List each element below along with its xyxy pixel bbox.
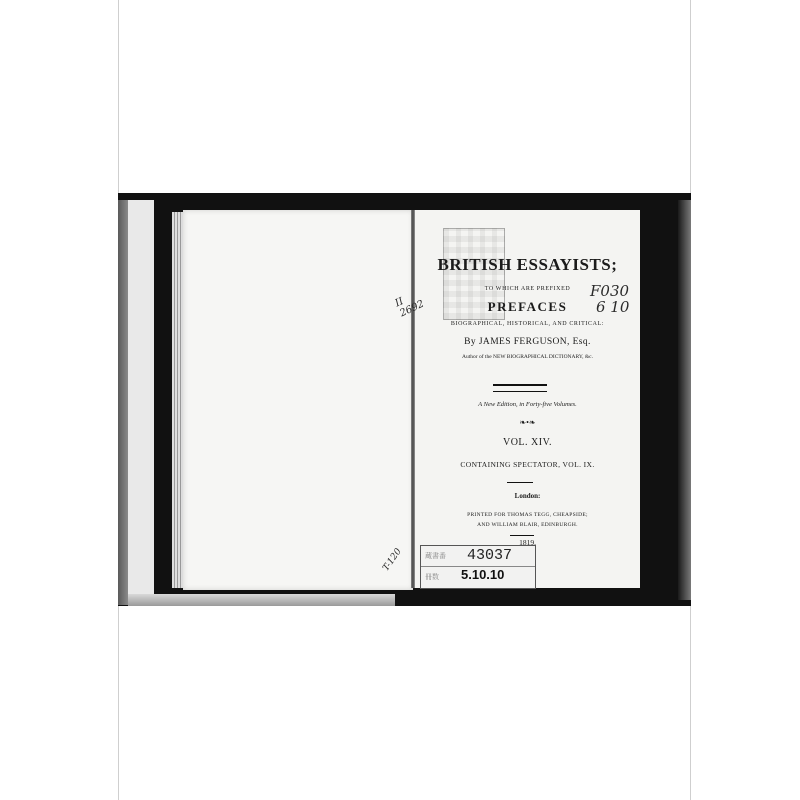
- call-number-line-2: 6 10: [590, 299, 629, 315]
- call-number-line-1: F030: [590, 283, 629, 299]
- ornament-icon: ❧•❧: [415, 418, 640, 427]
- description-line: BIOGRAPHICAL, HISTORICAL, AND CRITICAL:: [415, 321, 640, 327]
- book-cover-edge: [128, 200, 154, 595]
- accession-number: 43037: [467, 547, 512, 564]
- contents-line: CONTAINING SPECTATOR, VOL. IX.: [415, 460, 640, 469]
- stamp-label-bottom: 冊数: [425, 572, 439, 582]
- book-title: BRITISH ESSAYISTS;: [415, 255, 640, 275]
- scanner-edge-left: [118, 200, 128, 605]
- edition-line: A New Edition, in Forty-five Volumes.: [415, 401, 640, 408]
- handwritten-call-number: F030 6 10: [590, 283, 629, 315]
- printer-line-1: PRINTED FOR THOMAS TEGG, CHEAPSIDE;: [415, 510, 640, 520]
- book-cover-bottom: [128, 594, 395, 606]
- author-line: By JAMES FERGUSON, Esq.: [415, 337, 640, 347]
- stamp-row-top: 蔵書番 43037: [421, 546, 535, 567]
- place-of-publication: London:: [415, 492, 640, 500]
- volume-number: VOL. XIV.: [415, 437, 640, 448]
- stamp-call-number: 5.10.10: [461, 567, 504, 582]
- stamp-label-top: 蔵書番: [425, 551, 446, 561]
- library-accession-stamp: 蔵書番 43037 冊数 5.10.10: [420, 545, 536, 589]
- rule-divider: [507, 482, 533, 483]
- left-page-blank: [183, 210, 413, 590]
- author-description: Author of the NEW BIOGRAPHICAL DICTIONAR…: [415, 354, 640, 360]
- title-page: BRITISH ESSAYISTS; TO WHICH ARE PREFIXED…: [415, 210, 640, 588]
- printer-line-2: AND WILLIAM BLAIR, EDINBURGH.: [415, 520, 640, 530]
- rule-divider-2: [510, 535, 534, 536]
- scanner-edge-right: [678, 200, 691, 600]
- double-rule-divider: [493, 384, 547, 392]
